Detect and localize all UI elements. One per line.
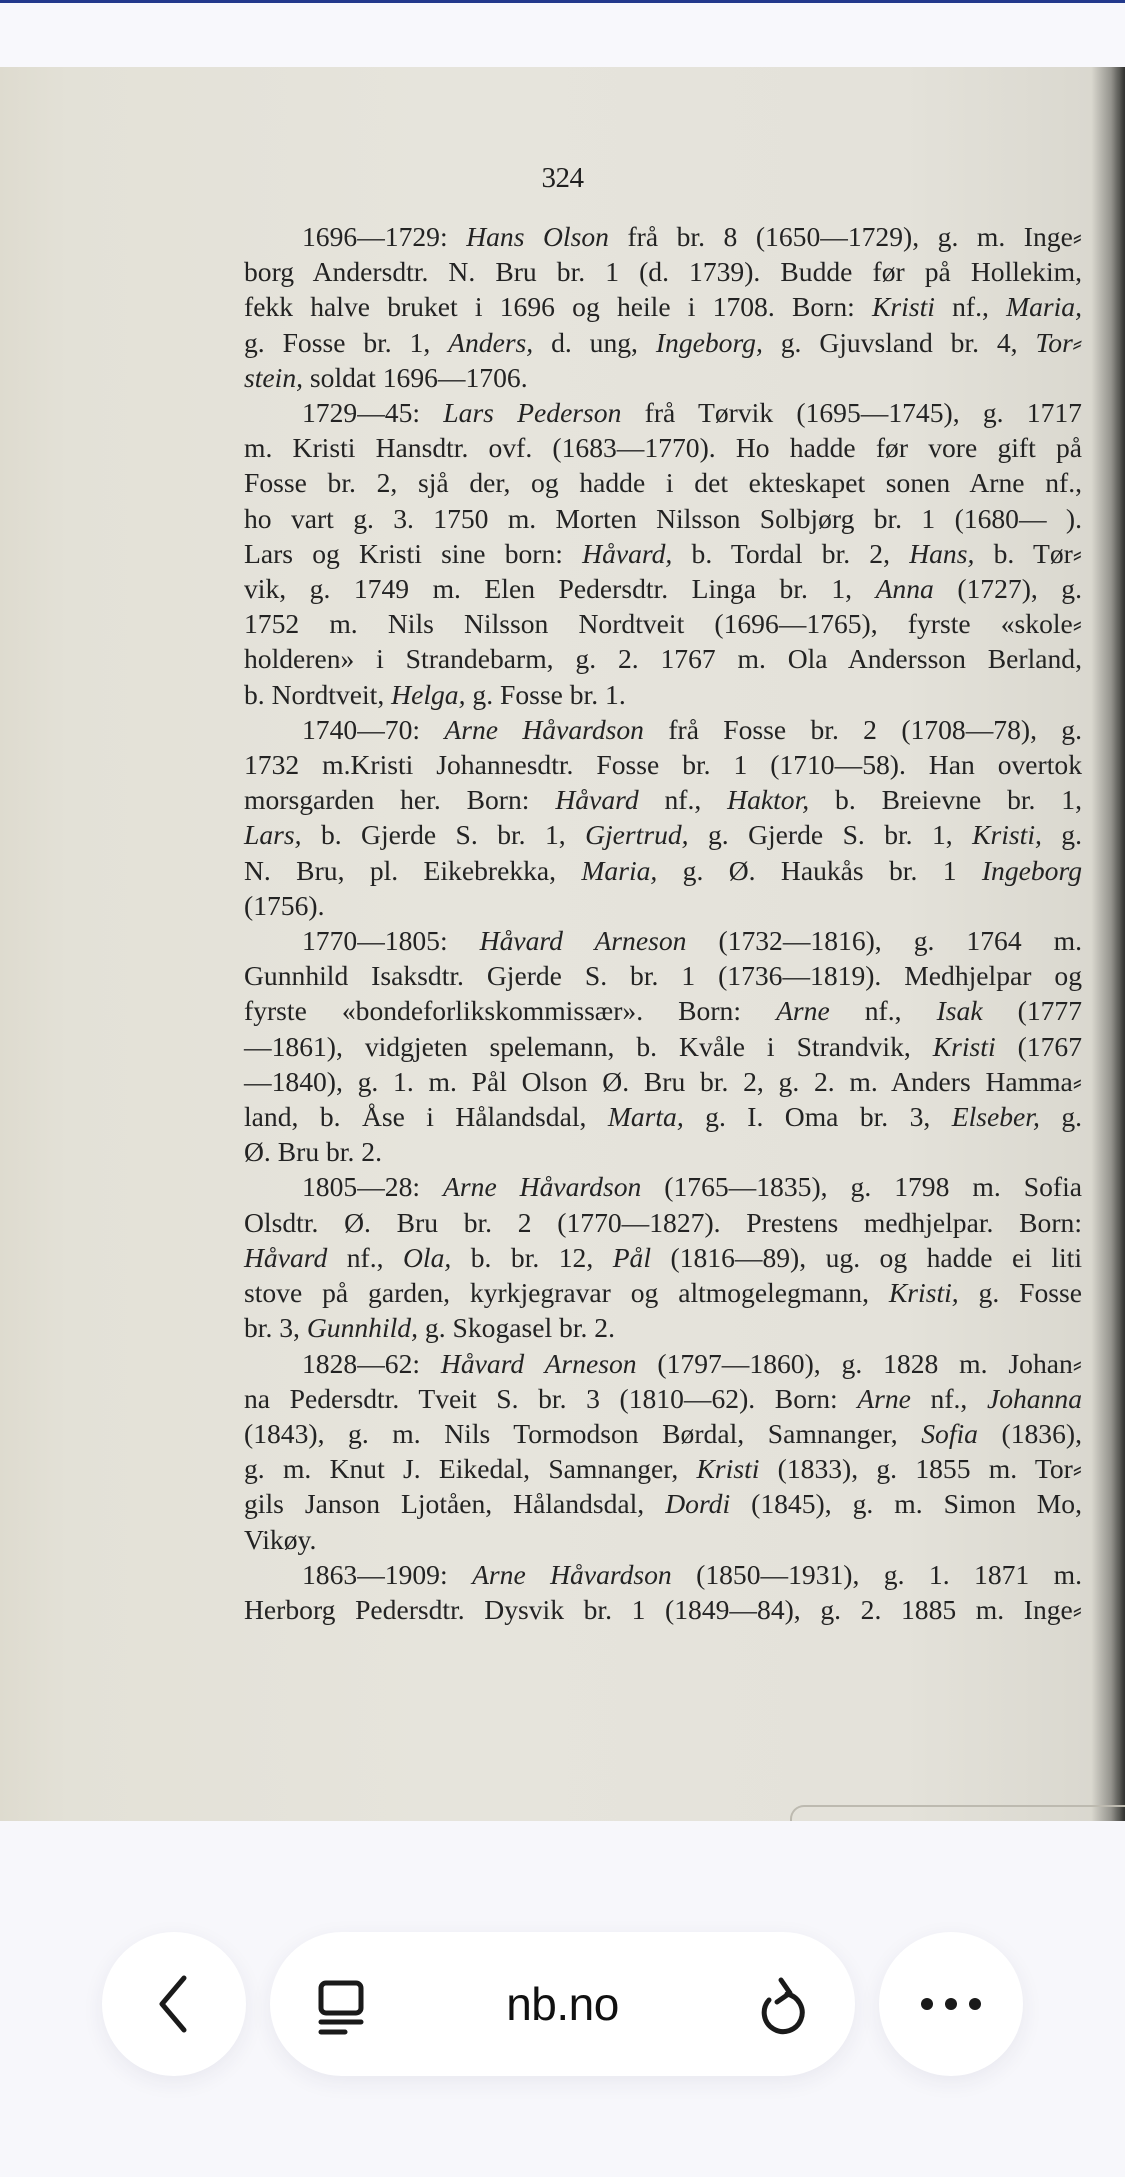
text-line: stein, soldat 1696—1706.	[244, 360, 1082, 395]
text-run: (1816—89), ug. og hadde ei liti	[651, 1242, 1082, 1273]
text-line: 1696—1729: Hans Olson frå br. 8 (1650—17…	[244, 219, 1082, 254]
italic-name: Arne Håvardson	[443, 1171, 641, 1202]
text-run: (1732—1816), g. 1764 m.	[686, 925, 1082, 956]
text-line: 1805—28: Arne Håvardson (1765—1835), g. …	[244, 1169, 1082, 1204]
text-run: g. I. Oma br. 3,	[684, 1101, 952, 1132]
italic-name: Dordi	[665, 1488, 730, 1519]
text-line: br. 3, Gunnhild, g. Skogasel br. 2.	[244, 1310, 1082, 1345]
italic-name: Ingeborg	[982, 855, 1082, 886]
text-line: 1828—62: Håvard Arneson (1797—1860), g. …	[244, 1346, 1082, 1381]
text-line: g. m. Knut J. Eikedal, Samnanger, Kristi…	[244, 1451, 1082, 1486]
text-run: morsgarden her. Born:	[244, 784, 555, 815]
text-run: Lars og Kristi sine born:	[244, 538, 582, 569]
text-run: (1756).	[244, 890, 324, 921]
text-line: b. Nordtveit, Helga, g. Fosse br. 1.	[244, 677, 1082, 712]
text-run: 1805—28:	[302, 1171, 443, 1202]
library-stamp-outline	[790, 1805, 1125, 1821]
italic-name: Johanna	[987, 1383, 1082, 1414]
text-line: Ø. Bru br. 2.	[244, 1134, 1082, 1169]
italic-name: Kristi	[933, 1031, 996, 1062]
italic-name: Sofia	[921, 1418, 978, 1449]
italic-name: Arne Håvardson	[472, 1559, 672, 1590]
text-line: 1863—1909: Arne Håvardson (1850—1931), g…	[244, 1557, 1082, 1592]
text-run: Herborg Pedersdtr. Dysvik br. 1 (1849—84…	[244, 1594, 1082, 1625]
browser-top-area	[0, 3, 1125, 67]
text-run: Olsdtr. Ø. Bru br. 2 (1770—1827). Preste…	[244, 1207, 1082, 1238]
text-run: b. br. 12,	[451, 1242, 612, 1273]
text-run: g. Fosse	[959, 1277, 1082, 1308]
page-text-block: 1696—1729: Hans Olson frå br. 8 (1650—17…	[244, 219, 1082, 1627]
italic-name: Ola,	[403, 1242, 451, 1273]
italic-name: Kristi,	[889, 1277, 959, 1308]
italic-name: Maria,	[1006, 291, 1082, 322]
text-run: 1729—45:	[302, 397, 443, 428]
text-run: (1777	[983, 995, 1082, 1026]
text-line: Håvard nf., Ola, b. br. 12, Pål (1816—89…	[244, 1240, 1082, 1275]
text-line: Fosse br. 2, sjå der, og hadde i det ekt…	[244, 465, 1082, 500]
text-run: Ø. Bru br. 2.	[244, 1136, 382, 1167]
text-run: g.	[1042, 819, 1082, 850]
text-run: nf.,	[830, 995, 937, 1026]
page-edge-shadow	[1111, 67, 1125, 1821]
text-run: 1732 m.Kristi Johannesdtr. Fosse br. 1 (…	[244, 749, 1082, 780]
text-run: vik, g. 1749 m. Elen Pedersdtr. Linga br…	[244, 573, 876, 604]
text-line: Herborg Pedersdtr. Dysvik br. 1 (1849—84…	[244, 1592, 1082, 1627]
text-run: nf.,	[327, 1242, 403, 1273]
italic-name: Lars,	[244, 819, 302, 850]
italic-name: Tor⸗	[1035, 327, 1082, 358]
italic-name: Helga,	[391, 679, 465, 710]
italic-name: Håvard	[244, 1242, 327, 1273]
text-line: land, b. Åse i Hålandsdal, Marta, g. I. …	[244, 1099, 1082, 1134]
text-run: (1845), g. m. Simon Mo,	[730, 1488, 1082, 1519]
text-run: (1836),	[978, 1418, 1082, 1449]
text-line: 1732 m.Kristi Johannesdtr. Fosse br. 1 (…	[244, 747, 1082, 782]
italic-name: Gunnhild,	[307, 1312, 418, 1343]
text-run: d. ung,	[533, 327, 656, 358]
italic-name: Lars Pederson	[443, 397, 621, 428]
text-run: frå br. 8 (1650—1729), g. m. Inge⸗	[609, 221, 1082, 252]
more-options-button[interactable]	[879, 1932, 1023, 2076]
text-run: 1752 m. Nils Nilsson Nordtveit (1696—176…	[244, 608, 1082, 639]
italic-name: Håvard Arneson	[441, 1348, 637, 1379]
text-run: g. m. Knut J. Eikedal, Samnanger,	[244, 1453, 697, 1484]
text-line: Vikøy.	[244, 1522, 1082, 1557]
text-run: m. Kristi Hansdtr. ovf. (1683—1770). Ho …	[244, 432, 1082, 463]
text-line: (1756).	[244, 888, 1082, 923]
italic-name: Arne	[776, 995, 830, 1026]
text-line: 1729—45: Lars Pederson frå Tørvik (1695—…	[244, 395, 1082, 430]
text-run: 1828—62:	[302, 1348, 441, 1379]
text-line: —1861), vidgjeten spelemann, b. Kvåle i …	[244, 1029, 1082, 1064]
italic-name: Kristi,	[972, 819, 1042, 850]
italic-name: stein,	[244, 362, 303, 393]
text-run: b. Nordtveit,	[244, 679, 391, 710]
text-run: land, b. Åse i Hålandsdal,	[244, 1101, 608, 1132]
text-run: g. Gjuvsland br. 4,	[763, 327, 1036, 358]
text-line: N. Bru, pl. Eikebrekka, Maria, g. Ø. Hau…	[244, 853, 1082, 888]
address-bar[interactable]: nb.no	[270, 1932, 855, 2076]
text-run: N. Bru, pl. Eikebrekka,	[244, 855, 581, 886]
italic-name: Anna	[876, 573, 934, 604]
italic-name: Hans,	[909, 538, 974, 569]
text-run: fekk halve bruket i 1696 og heile i 1708…	[244, 291, 872, 322]
text-line: gils Janson Ljotåen, Hålandsdal, Dordi (…	[244, 1486, 1082, 1521]
text-run: frå Fosse br. 2 (1708—78), g.	[644, 714, 1082, 745]
tab-overview-icon[interactable]	[317, 1980, 365, 2036]
text-run: g. Fosse br. 1.	[466, 679, 626, 710]
text-run: (1850—1931), g. 1. 1871 m.	[672, 1559, 1082, 1590]
text-run: 1696—1729:	[302, 221, 466, 252]
back-button[interactable]	[102, 1932, 246, 2076]
text-run: (1727), g.	[934, 573, 1082, 604]
text-run: b. Gjerde S. br. 1,	[302, 819, 586, 850]
text-run: 1770—1805:	[302, 925, 480, 956]
scanned-book-page[interactable]: 324 1696—1729: Hans Olson frå br. 8 (165…	[0, 67, 1125, 1821]
italic-name: Marta,	[608, 1101, 684, 1132]
text-line: borg Andersdtr. N. Bru br. 1 (d. 1739). …	[244, 254, 1082, 289]
italic-name: Pål	[613, 1242, 651, 1273]
text-run: b. Tør⸗	[974, 538, 1082, 569]
text-run: 1740—70:	[302, 714, 444, 745]
text-line: g. Fosse br. 1, Anders, d. ung, Ingeborg…	[244, 325, 1082, 360]
text-line: Lars og Kristi sine born: Håvard, b. Tor…	[244, 536, 1082, 571]
url-text[interactable]: nb.no	[506, 1977, 619, 2031]
text-line: (1843), g. m. Nils Tormodson Børdal, Sam…	[244, 1416, 1082, 1451]
text-run: (1765—1835), g. 1798 m. Sofia	[641, 1171, 1082, 1202]
text-line: holderen» i Strandebarm, g. 2. 1767 m. O…	[244, 641, 1082, 676]
text-run: 1863—1909:	[302, 1559, 472, 1590]
italic-name: Gjertrud,	[585, 819, 688, 850]
text-run: g. Skogasel br. 2.	[418, 1312, 615, 1343]
italic-name: Elseber,	[952, 1101, 1040, 1132]
text-run: fyrste «bondeforlikskommissær». Born:	[244, 995, 776, 1026]
text-run: (1843), g. m. Nils Tormodson Børdal, Sam…	[244, 1418, 921, 1449]
text-run: g. Fosse br. 1,	[244, 327, 448, 358]
text-run: b. Breievne br. 1,	[809, 784, 1082, 815]
text-run: gils Janson Ljotåen, Hålandsdal,	[244, 1488, 665, 1519]
text-line: ho vart g. 3. 1750 m. Morten Nilsson Sol…	[244, 501, 1082, 536]
text-line: fyrste «bondeforlikskommissær». Born: Ar…	[244, 993, 1082, 1028]
text-line: stove på garden, kyrkjegravar og altmoge…	[244, 1275, 1082, 1310]
text-line: vik, g. 1749 m. Elen Pedersdtr. Linga br…	[244, 571, 1082, 606]
text-run: borg Andersdtr. N. Bru br. 1 (d. 1739). …	[244, 256, 1082, 287]
italic-name: Håvard,	[582, 538, 672, 569]
italic-name: Haktor,	[727, 784, 809, 815]
text-run: g. Gjerde S. br. 1,	[689, 819, 973, 850]
text-line: na Pedersdtr. Tveit S. br. 3 (1810—62). …	[244, 1381, 1082, 1416]
text-run: soldat 1696—1706.	[303, 362, 528, 393]
text-run: b. Tordal br. 2,	[672, 538, 909, 569]
text-line: 1752 m. Nils Nilsson Nordtveit (1696—176…	[244, 606, 1082, 641]
reload-icon[interactable]	[757, 1976, 807, 2036]
text-run: na Pedersdtr. Tveit S. br. 3 (1810—62). …	[244, 1383, 857, 1414]
text-line: m. Kristi Hansdtr. ovf. (1683—1770). Ho …	[244, 430, 1082, 465]
text-run: Fosse br. 2, sjå der, og hadde i det ekt…	[244, 467, 1082, 498]
italic-name: Arne	[857, 1383, 911, 1414]
text-run: g.	[1040, 1101, 1082, 1132]
italic-name: Kristi	[697, 1453, 760, 1484]
italic-name: Håvard Arneson	[480, 925, 687, 956]
text-run: nf.,	[639, 784, 728, 815]
italic-name: Hans Olson	[466, 221, 609, 252]
text-line: —1840), g. 1. m. Pål Olson Ø. Bru br. 2,…	[244, 1064, 1082, 1099]
text-line: Lars, b. Gjerde S. br. 1, Gjertrud, g. G…	[244, 817, 1082, 852]
text-run: nf.,	[911, 1383, 987, 1414]
text-run: stove på garden, kyrkjegravar og altmoge…	[244, 1277, 889, 1308]
text-line: morsgarden her. Born: Håvard nf., Haktor…	[244, 782, 1082, 817]
text-run: —1861), vidgjeten spelemann, b. Kvåle i …	[244, 1031, 933, 1062]
text-run: ho vart g. 3. 1750 m. Morten Nilsson Sol…	[244, 503, 1082, 534]
text-line: Olsdtr. Ø. Bru br. 2 (1770—1827). Preste…	[244, 1205, 1082, 1240]
chevron-left-icon	[154, 1974, 194, 2034]
text-line: 1770—1805: Håvard Arneson (1732—1816), g…	[244, 923, 1082, 958]
text-run: —1840), g. 1. m. Pål Olson Ø. Bru br. 2,…	[244, 1066, 1082, 1097]
italic-name: Isak	[937, 995, 983, 1026]
text-run: (1767	[996, 1031, 1082, 1062]
text-run: holderen» i Strandebarm, g. 2. 1767 m. O…	[244, 643, 1082, 674]
text-line: Gunnhild Isaksdtr. Gjerde S. br. 1 (1736…	[244, 958, 1082, 993]
italic-name: Anders,	[448, 327, 533, 358]
italic-name: Kristi	[872, 291, 935, 322]
page-number: 324	[0, 162, 1125, 195]
text-line: 1740—70: Arne Håvardson frå Fosse br. 2 …	[244, 712, 1082, 747]
italic-name: Maria,	[581, 855, 657, 886]
italic-name: Arne Håvardson	[444, 714, 644, 745]
text-run: g. Ø. Haukås br. 1	[657, 855, 982, 886]
text-run: Vikøy.	[244, 1524, 316, 1555]
italic-name: Håvard	[555, 784, 638, 815]
text-run: (1833), g. 1855 m. Tor⸗	[759, 1453, 1082, 1484]
text-run: (1797—1860), g. 1828 m. Johan⸗	[637, 1348, 1082, 1379]
text-run: Gunnhild Isaksdtr. Gjerde S. br. 1 (1736…	[244, 960, 1082, 991]
more-dots-icon	[919, 1996, 983, 2012]
italic-name: Ingeborg,	[656, 327, 763, 358]
text-run: nf.,	[935, 291, 1006, 322]
text-run: br. 3,	[244, 1312, 307, 1343]
text-run: frå Tørvik (1695—1745), g. 1717	[621, 397, 1082, 428]
text-line: fekk halve bruket i 1696 og heile i 1708…	[244, 289, 1082, 324]
